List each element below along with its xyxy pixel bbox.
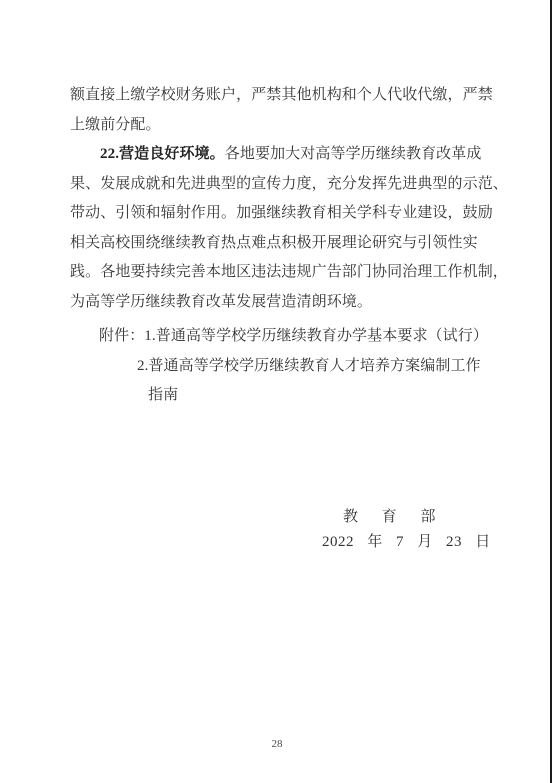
paragraph-22-line: 相关高校围绕继续教育热点难点积极开展理论研究与引领性实 [70,229,498,259]
signature-date: 2022 年 7 月 23 日 [322,530,491,551]
paragraph-22-line: 果、发展成就和先进典型的宣传力度，充分发挥先进典型的示范、 [70,170,498,200]
paragraph-22-line: 带动、引领和辐射作用。加强继续教育相关学科专业建设，鼓励 [70,199,498,229]
paragraph-22-text: 各地要加大对高等学历继续教育改革成 [225,146,482,162]
paragraph-22-heading: 22.营造良好环境。 [100,146,225,162]
paragraph-22-line: 为高等学历继续教育改革发展营造清朗环境。 [70,288,498,318]
document-body: 额直接上缴学校财务账户，严禁其他机构和个人代收代缴，严禁 上缴前分配。 22.营… [70,81,498,411]
attachments-line-3: 指南 [70,381,498,411]
attachments-line-2: 2.普通高等学校学历继续教育人才培养方案编制工作 [70,352,498,382]
signature-issuer: 教 育 部 [343,505,436,526]
paragraph-continuation-line: 额直接上缴学校财务账户，严禁其他机构和个人代收代缴，严禁 [70,81,498,111]
scan-edge-line [550,0,552,783]
paragraph-continuation-line: 上缴前分配。 [70,111,498,141]
paragraph-22-line: 践。各地要持续完善本地区违法违规广告部门协同治理工作机制， [70,258,498,288]
attachments-line-1: 附件：1.普通高等学校学历继续教育办学基本要求（试行） [70,322,498,352]
page-number: 28 [0,738,554,750]
scanned-document-page: 额直接上缴学校财务账户，严禁其他机构和个人代收代缴，严禁 上缴前分配。 22.营… [0,0,554,783]
paragraph-22-first-line: 22.营造良好环境。各地要加大对高等学历继续教育改革成 [70,140,498,170]
